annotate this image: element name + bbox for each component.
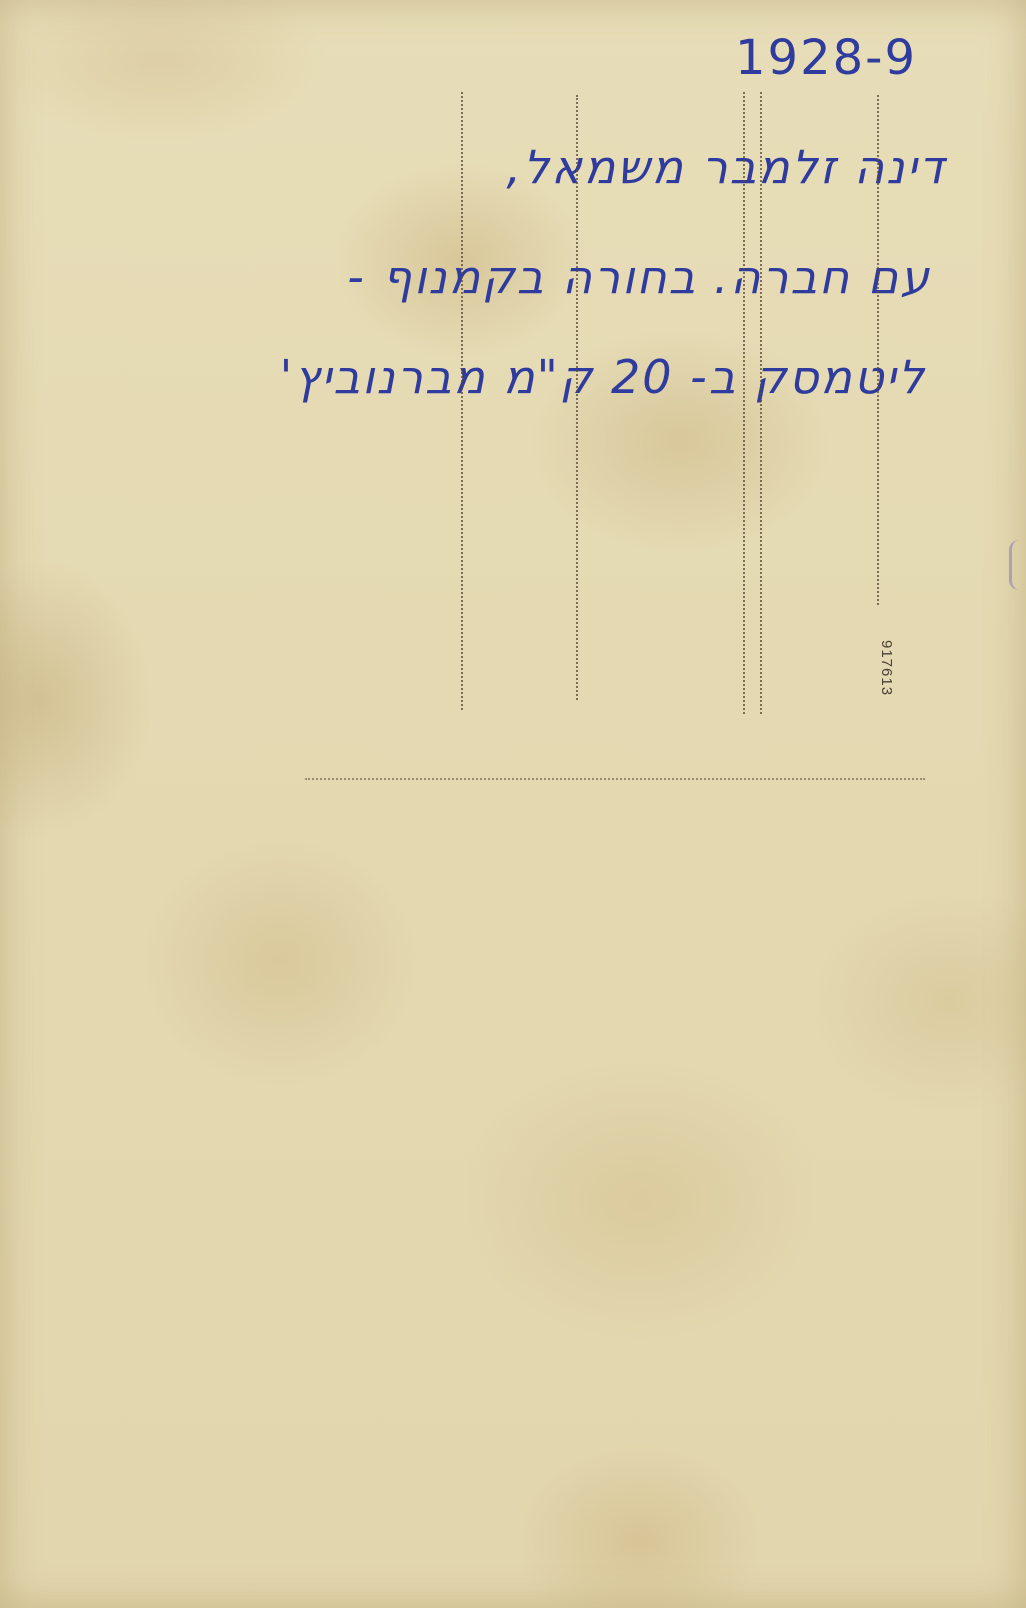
divider-dotted-2: [576, 95, 578, 700]
divider-dotted-4: [760, 92, 762, 714]
handwritten-line-3: ליטמסק ב- 20 ק"מ מברנוביץ': [280, 350, 926, 404]
address-line-dotted: [305, 778, 925, 780]
divider-dotted-1: [461, 92, 463, 710]
divider-dotted-5: [877, 95, 879, 605]
stamp-mark: [1009, 540, 1026, 590]
postcard-back: 1928-9 דינה זלמבר משמאל, עם חברה. בחורה …: [0, 0, 1026, 1608]
handwritten-line-1: דינה זלמבר משמאל,: [506, 140, 946, 194]
printed-code: 917613: [878, 640, 895, 696]
divider-dotted-3: [743, 92, 745, 714]
handwritten-line-2: עם חברה. בחורה בקמנוף -: [347, 250, 931, 304]
handwritten-date: 1928-9: [735, 30, 917, 86]
